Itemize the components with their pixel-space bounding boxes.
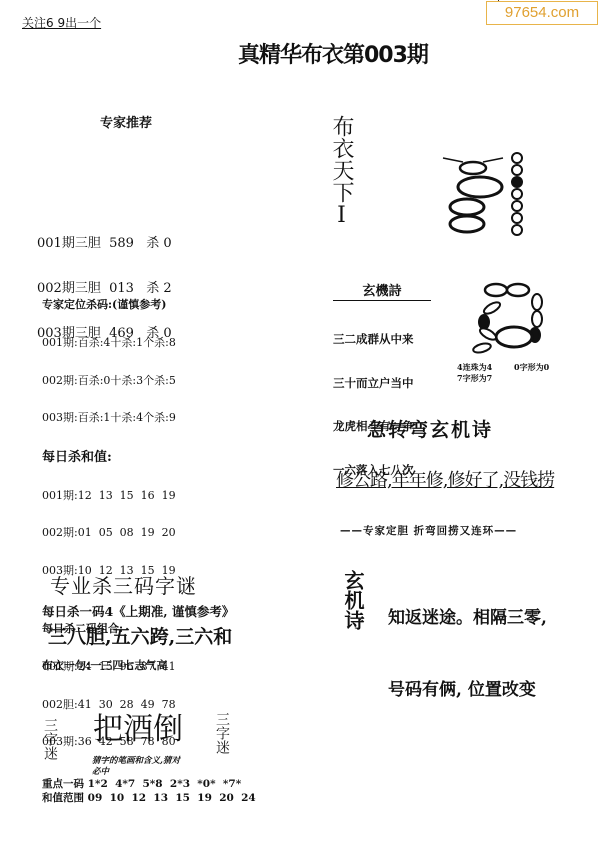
xuanji-vertical-label: 玄机诗: [336, 570, 369, 630]
expert-divider: ——专家定胆 折弯回捞又连环——: [340, 523, 517, 538]
sum-range: 和值范围 09 10 12 13 15 19 20 24: [42, 791, 256, 805]
position-kill-heading: 专家定位杀码:(谨慎参考): [42, 296, 256, 312]
legend-item: 7字形为7: [457, 373, 492, 384]
buyi-vertical-text: 布衣天下Ⅰ: [326, 115, 356, 228]
riddle-big-text: 把酒倒: [93, 704, 183, 748]
list-item: 002期:01 05 08 19 20: [42, 527, 256, 540]
riddle-line: 三八胆,五六跨,三六和: [48, 622, 232, 649]
kill-one-code: 每日杀一码4《上期准, 谨慎参考》: [42, 603, 256, 620]
sum-kill-heading: 每日杀和值:: [42, 450, 256, 465]
list-item: 001期三胆 589 杀 0: [37, 236, 172, 251]
poem-line: 知返迷途。相隔三零,: [388, 606, 547, 630]
list-item: 003期:百杀:1十杀:4个杀:9: [42, 412, 256, 425]
riddle-hint: 猜字的笔画和含义,猜对必中: [92, 756, 182, 778]
expert-recommend-heading: 专家推荐: [100, 112, 152, 131]
beads-figure-icon: [435, 150, 535, 240]
key-code: 重点一码 1*2 4*7 5*8 2*3 *0* *7*: [42, 777, 256, 791]
legend-item: 0字形为0: [514, 362, 549, 373]
bead-legend: 4连珠为4 7字形为7: [457, 362, 492, 384]
page-title: 真精华布衣第003期: [238, 38, 428, 69]
beads-chain-icon: [470, 282, 555, 357]
list-item: 001期:12 13 15 16 19: [42, 490, 256, 503]
road-riddle: 修公路,年年修,修好了,没钱捞: [336, 466, 554, 492]
poem-line: 号码有俩, 位置改变: [388, 678, 547, 702]
list-item: 001期:百杀:4十杀:1个杀:8: [42, 337, 256, 350]
position-kill-list: 001期:百杀:4十杀:1个杀:8 002期:百杀:0十杀:3个杀:5 003期…: [42, 312, 256, 450]
urgent-poem-title: 急转弯玄机诗: [367, 415, 493, 442]
poem-line: 三二成群从中来: [333, 332, 431, 347]
top-note: 关注6 9出一个: [22, 14, 101, 31]
list-item: 002期:百杀:0十杀:3个杀:5: [42, 375, 256, 388]
watermark-badge[interactable]: 97654.com: [486, 1, 598, 25]
legend-item: 4连珠为4: [457, 362, 492, 373]
poem-line: 三十而立户当中: [333, 376, 431, 391]
riddle-sub: 布衣一句:一三四七志气高: [42, 657, 167, 673]
riddle-title: 专业杀三码字谜: [50, 570, 197, 599]
riddle-side-left: 三字迷: [40, 718, 60, 760]
riddle-side-right: 三字迷: [212, 712, 232, 754]
list-item: 002期三胆 013 杀 2: [37, 281, 172, 296]
xuanji-text: 知返迷途。相隔三零, 号码有俩, 位置改变: [388, 558, 547, 726]
poem-title: 玄機詩: [333, 280, 431, 301]
